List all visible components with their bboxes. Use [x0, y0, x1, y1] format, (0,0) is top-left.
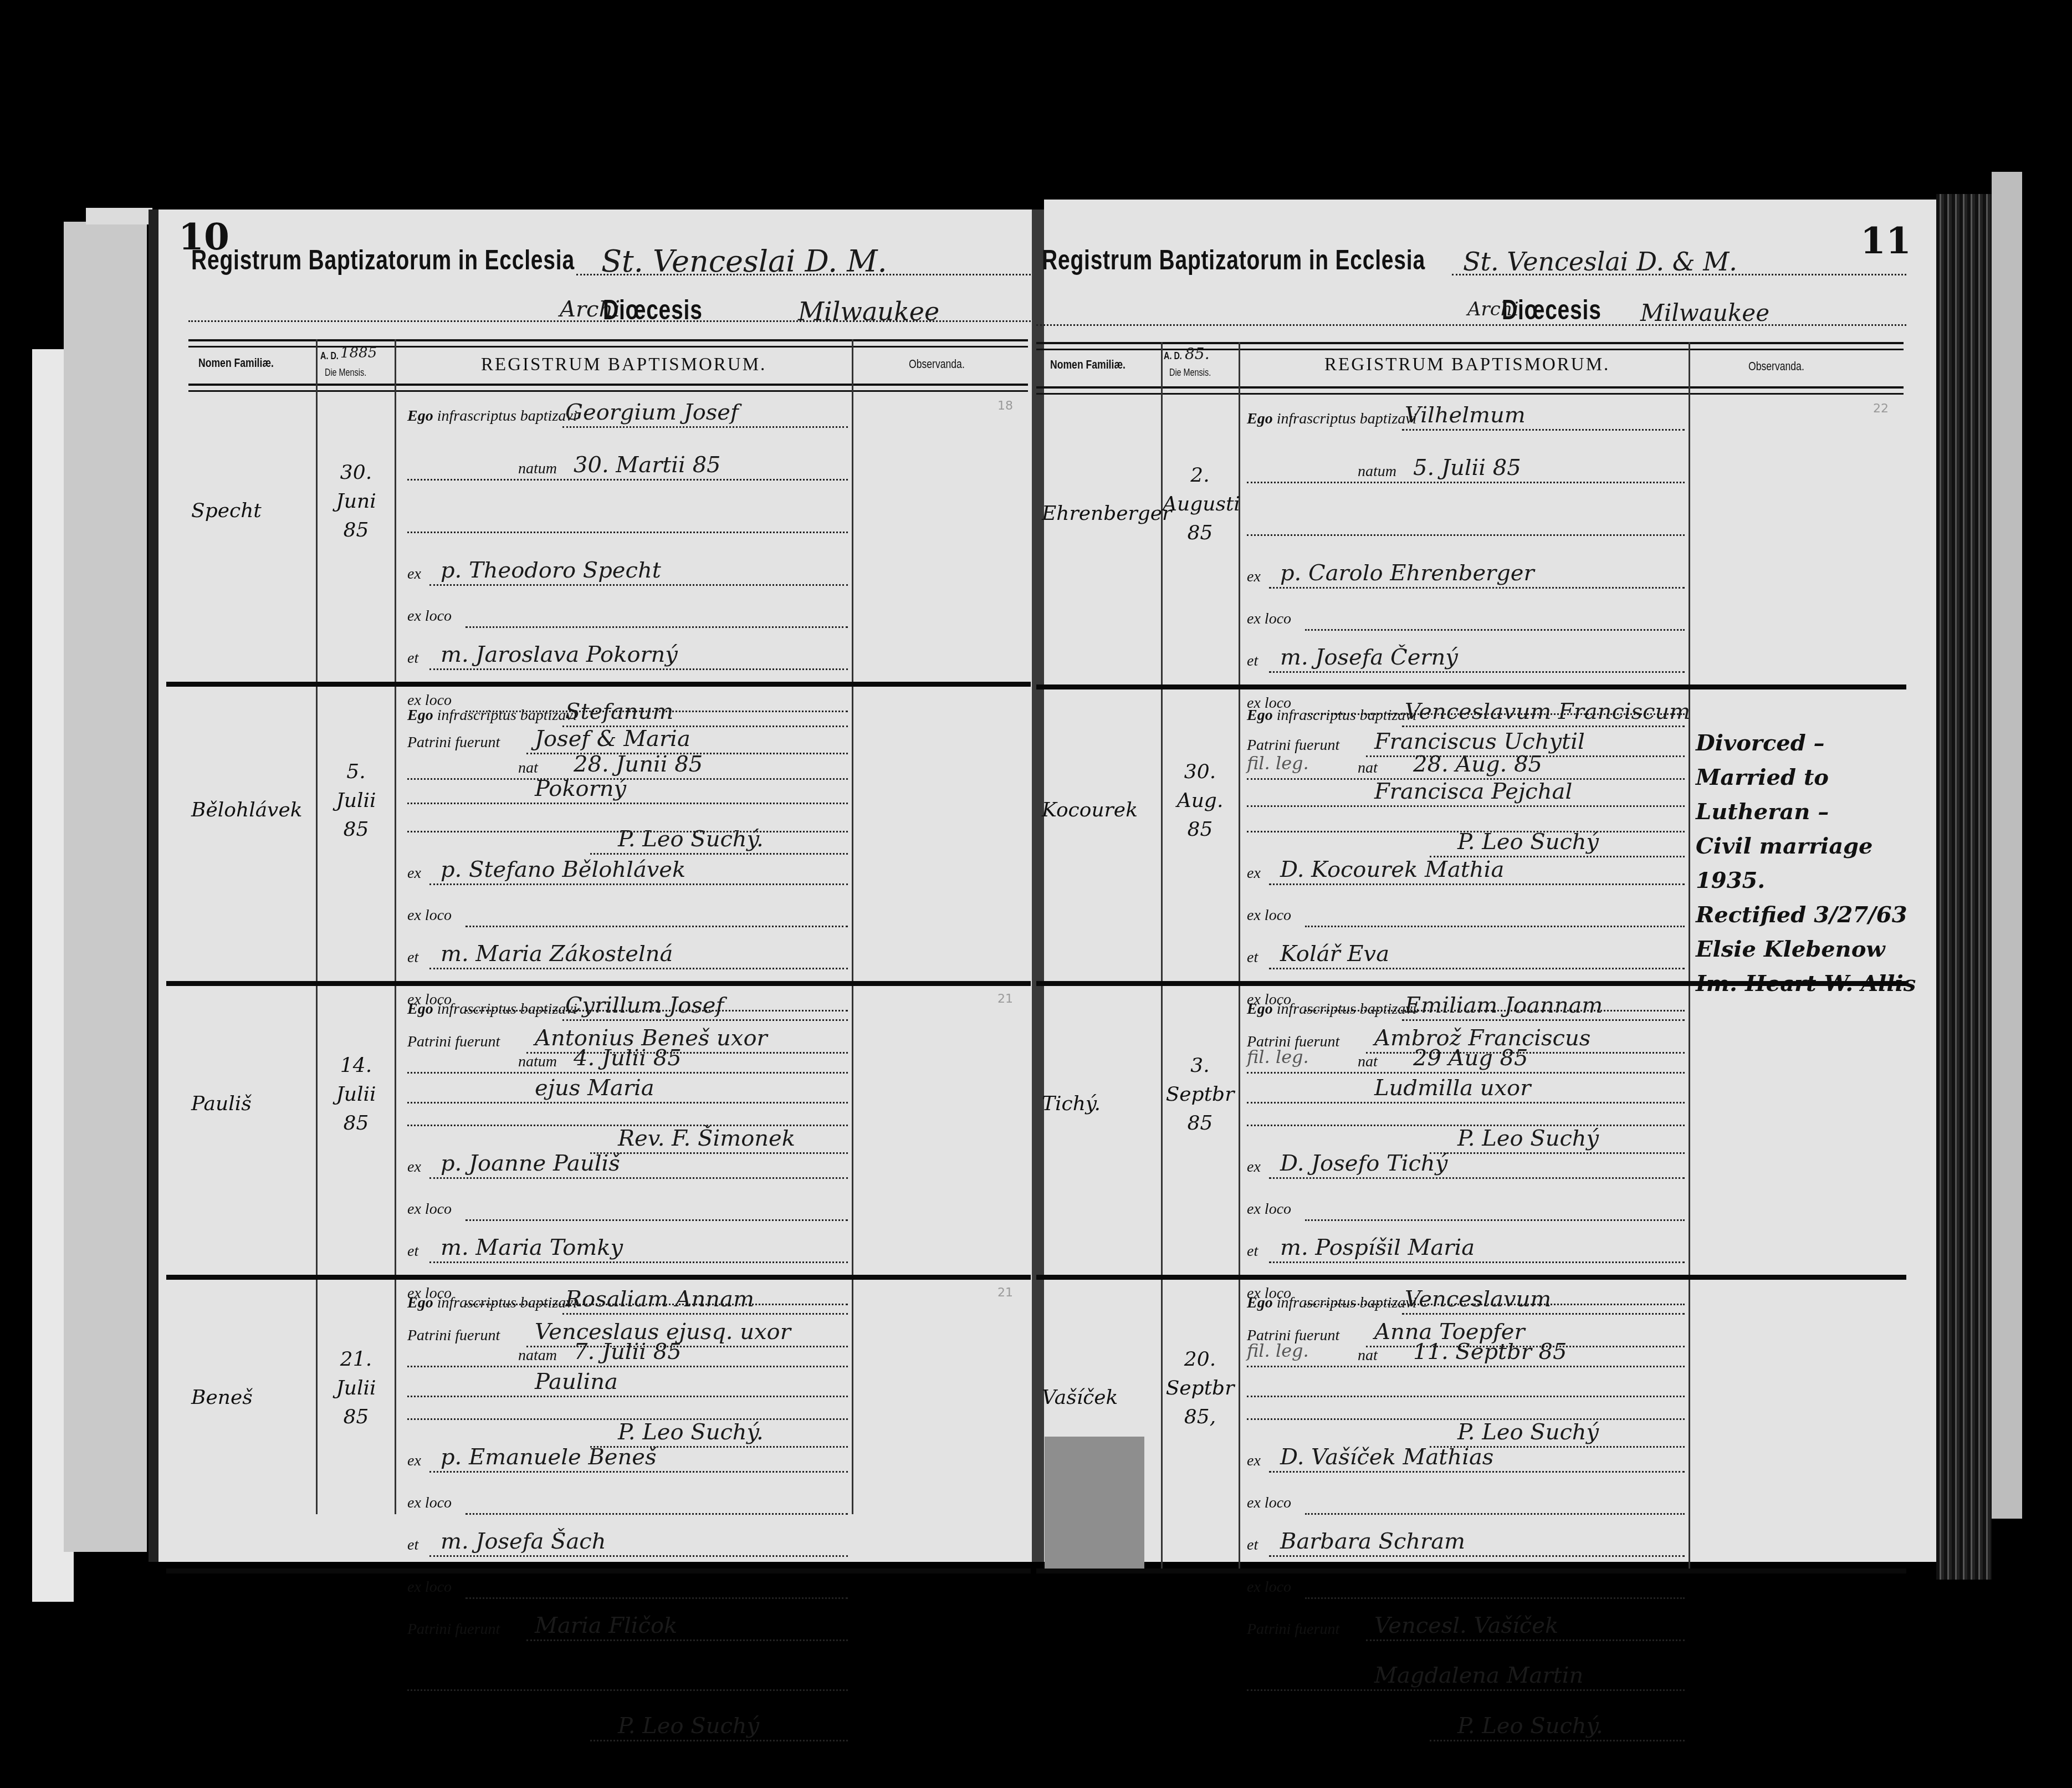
birth-date: 30. Martii 85: [574, 452, 721, 478]
label-ex-loco: ex loco: [407, 1200, 452, 1218]
label-ex-loco: ex loco: [1247, 1494, 1291, 1512]
right-col-divider-3: [1689, 342, 1690, 1570]
dotted-line: [1247, 831, 1685, 832]
family-name: Kocourek: [1042, 799, 1138, 821]
label-ego: Ego: [407, 1000, 433, 1018]
father-name: p. Theodoro Specht: [441, 558, 661, 583]
dotted-line: [1269, 1555, 1685, 1557]
dotted-line: [1269, 1261, 1685, 1263]
legitimacy-note: fil. leg.: [1247, 1046, 1309, 1067]
label-ego: Ego: [407, 1294, 433, 1311]
dotted-line: [429, 1471, 848, 1473]
right-header-top-rule: [1036, 342, 1904, 350]
family-name: Pauliš: [191, 1092, 252, 1115]
right-header-bottom-rule: [1036, 386, 1904, 395]
baptism-date-part: 85: [319, 815, 393, 844]
label-ex-loco: ex loco: [407, 607, 452, 625]
label-infrascriptus: infrascriptus baptizavi: [437, 707, 577, 724]
label-ex: ex: [1247, 1158, 1261, 1176]
label-natum: natam: [518, 1347, 557, 1365]
baptism-date-part: 85: [319, 1109, 393, 1138]
baptism-date: 14.Julii85: [319, 1051, 393, 1138]
label-ego: Ego: [407, 707, 433, 724]
label-ex-loco: ex loco: [407, 1578, 452, 1596]
observanda-line: Civil marriage: [1696, 829, 1916, 864]
legitimacy-note: fil. leg.: [1247, 753, 1309, 774]
priest-signature: P. Leo Suchý: [618, 1713, 759, 1739]
birth-date: 28. Aug. 85: [1413, 752, 1542, 777]
legitimacy-note: fil. leg.: [1247, 1340, 1309, 1361]
baptism-date: 3. Septbr85: [1163, 1051, 1237, 1138]
label-patrini: Patrini fuerunt: [407, 1621, 500, 1638]
baptism-date-part: 14.: [319, 1051, 393, 1080]
right-col-divider-2: [1239, 342, 1240, 1570]
gutter: [1032, 210, 1044, 1562]
label-ex-loco: ex loco: [407, 1494, 452, 1512]
right-header-observanda: Observanda.: [1748, 359, 1804, 374]
baptism-date-part: 20. Septbr: [1163, 1345, 1237, 1403]
entry-separator: [166, 1275, 1031, 1280]
dotted-line: [1247, 1102, 1685, 1104]
dotted-line: [1247, 1072, 1685, 1074]
baptism-date: 5.Julii85: [319, 758, 393, 844]
label-ego: Ego: [1247, 707, 1273, 724]
dotted-line: [1247, 778, 1685, 780]
priest-signature: P. Leo Suchý.: [618, 1419, 764, 1445]
left-header-top-rule: [188, 339, 1028, 348]
mother-name: m. Maria Zákostelná: [441, 941, 673, 967]
label-et: et: [1247, 1536, 1258, 1554]
observanda-line: Lutheran –: [1696, 795, 1916, 829]
dotted-line: [1247, 1366, 1685, 1367]
child-name: Stefanum: [565, 699, 673, 724]
baptism-date-part: Augusti: [1163, 490, 1237, 519]
priest-signature: P. Leo Suchý: [1457, 1419, 1599, 1445]
dotted-line: [590, 853, 848, 855]
right-header-die-mensis: Die Mensis.: [1169, 367, 1211, 379]
priest-signature: Rev. F. Šimonek: [618, 1126, 795, 1151]
entry-separator: [166, 981, 1031, 986]
baptism-date-part: Julii: [319, 1080, 393, 1109]
child-name: Emiliam Joannam: [1405, 993, 1603, 1018]
dotted-line: [1305, 1513, 1685, 1515]
margin-pencil-number: 21: [997, 992, 1013, 1006]
left-church-dotted-line: [576, 274, 1031, 275]
birth-date: 5. Julii 85: [1413, 455, 1521, 481]
entry-separator: [1036, 1569, 1906, 1574]
margin-pencil-number: 21: [997, 1286, 1013, 1300]
label-ego: Ego: [1247, 410, 1273, 427]
label-natum: nat: [1358, 1347, 1378, 1365]
label-ego: Ego: [1247, 1000, 1273, 1018]
baptism-date: 2.Augusti85: [1163, 461, 1237, 548]
dotted-line: [562, 1019, 848, 1021]
observanda-line: 1935.: [1696, 864, 1916, 898]
godparents-line-1: Josef & Maria: [535, 726, 690, 752]
family-name: Vašíček: [1042, 1386, 1118, 1409]
dotted-line: [1247, 805, 1685, 807]
dotted-line: [1430, 1740, 1685, 1741]
observanda-line: Rectified 3/27/63: [1696, 898, 1916, 932]
label-patrini: Patrini fuerunt: [407, 1033, 500, 1051]
baptism-date: 30.Aug.85: [1163, 758, 1237, 844]
label-patrini: Patrini fuerunt: [1247, 737, 1339, 754]
right-page-number: 11: [1860, 219, 1911, 262]
observanda-line: Married to: [1696, 760, 1916, 795]
dotted-line: [429, 883, 848, 885]
baptism-date-part: Aug.: [1163, 786, 1237, 815]
label-ex: ex: [407, 565, 421, 583]
dotted-line: [1305, 1219, 1685, 1221]
dotted-line: [1305, 1597, 1685, 1599]
child-name: Rosaliam Annam: [565, 1286, 754, 1312]
dotted-line: [526, 1639, 848, 1641]
right-church-dotted-line: [1452, 274, 1906, 275]
priest-signature: P. Leo Suchý: [1457, 829, 1599, 855]
dotted-line: [1269, 1177, 1685, 1179]
dotted-line: [1402, 1313, 1685, 1315]
father-name: D. Kocourek Mathia: [1280, 857, 1504, 882]
label-ex: ex: [1247, 568, 1261, 586]
label-ex: ex: [407, 865, 421, 882]
dotted-line: [407, 803, 848, 804]
left-register-title: Registrum Baptizatorum in Ecclesia: [191, 244, 575, 276]
family-name: Bělohlávek: [191, 799, 303, 821]
dotted-line: [429, 1261, 848, 1263]
label-natum: natum: [518, 1053, 557, 1071]
label-ego-baptizavi: Ego infrascriptus baptizavi: [1247, 1294, 1416, 1312]
mother-name: Kolář Eva: [1280, 941, 1389, 967]
birth-date: 28. Junii 85: [574, 752, 703, 777]
label-ex-loco: ex loco: [1247, 907, 1291, 924]
mother-name: m. Josefa Šach: [441, 1529, 606, 1554]
dotted-line: [1247, 482, 1685, 483]
dotted-line: [1402, 726, 1685, 727]
mother-name: m. Maria Tomky: [441, 1235, 623, 1260]
dotted-line: [407, 1418, 848, 1420]
dotted-line: [407, 831, 848, 832]
observanda-line: Divorced –: [1696, 726, 1916, 760]
label-ego-baptizavi: Ego infrascriptus baptizavi: [407, 407, 577, 425]
baptism-date-part: 85: [319, 516, 393, 545]
label-et: et: [1247, 949, 1258, 967]
dotted-line: [407, 1072, 848, 1074]
dotted-line: [562, 426, 848, 428]
father-name: D. Vašíček Mathias: [1280, 1444, 1493, 1470]
dotted-line: [1402, 429, 1685, 431]
child-name: Cyrillum Josef: [565, 993, 724, 1018]
margin-pencil-number: 22: [1873, 402, 1889, 416]
dotted-line: [1269, 671, 1685, 673]
father-name: p. Emanuele Beneš: [441, 1444, 656, 1470]
dotted-line: [1269, 968, 1685, 969]
dotted-line: [407, 532, 848, 533]
baptism-date-part: Juni: [319, 487, 393, 516]
left-col-divider-1: [316, 339, 318, 1514]
dotted-line: [465, 1597, 848, 1599]
observanda-line: Elsie Klebenow: [1696, 932, 1916, 967]
label-infrascriptus: infrascriptus baptizavi: [1277, 707, 1417, 724]
label-infrascriptus: infrascriptus baptizavi: [1277, 410, 1417, 427]
dotted-line: [1247, 1125, 1685, 1126]
label-infrascriptus: infrascriptus baptizavi: [1277, 1000, 1417, 1018]
family-name: Beneš: [191, 1386, 253, 1409]
dotted-line: [1269, 883, 1685, 885]
right-cover-edge: [1992, 172, 2022, 1519]
label-ex-loco: ex loco: [1247, 610, 1291, 628]
father-name: D. Josefo Tichý: [1280, 1151, 1447, 1176]
left-col-divider-2: [395, 339, 396, 1514]
right-diocese-name: Milwaukee: [1640, 299, 1769, 326]
priest-signature: P. Leo Suchý.: [1457, 1713, 1603, 1739]
right-church-name: St. Venceslai D. & M.: [1463, 247, 1737, 277]
label-et: et: [407, 1536, 418, 1554]
label-ex: ex: [407, 1452, 421, 1470]
baptism-date-part: 85: [1163, 815, 1237, 844]
dotted-line: [429, 584, 848, 586]
label-natum: nat: [1358, 1053, 1378, 1071]
baptism-date-part: 21.: [319, 1345, 393, 1374]
observanda-note: Divorced –Married toLutheran –Civil marr…: [1696, 726, 1916, 1001]
label-ex-loco: ex loco: [407, 907, 452, 924]
dotted-line: [465, 926, 848, 927]
label-ego-baptizavi: Ego infrascriptus baptizavi: [407, 707, 577, 724]
label-ex: ex: [407, 1158, 421, 1176]
label-et: et: [407, 650, 418, 667]
label-natum: natum: [1358, 463, 1396, 481]
label-et: et: [407, 949, 418, 967]
dotted-line: [407, 778, 848, 780]
left-header-observanda: Observanda.: [909, 357, 965, 371]
godparents-line-2: Ludmilla uxor: [1374, 1075, 1531, 1101]
child-name: Venceslavum Franciscum: [1405, 699, 1690, 724]
baptism-date-part: Julii: [319, 786, 393, 815]
godparents-line-2: Magdalena Martin: [1374, 1663, 1583, 1688]
godparents-line-2: ejus Maria: [535, 1075, 654, 1101]
underlying-page-stack: [64, 222, 147, 1552]
baptism-date-part: 5.: [319, 758, 393, 786]
label-ego: Ego: [407, 407, 433, 425]
dotted-line: [429, 1177, 848, 1179]
dotted-line: [1305, 926, 1685, 927]
left-header-ad: A. D.: [320, 350, 339, 362]
entry-separator: [166, 1569, 1031, 1574]
label-patrini: Patrini fuerunt: [407, 734, 500, 752]
right-header-year: 85.: [1185, 345, 1210, 363]
dotted-line: [465, 1219, 848, 1221]
priest-signature: P. Leo Suchý.: [618, 826, 764, 852]
label-ego-baptizavi: Ego infrascriptus baptizavi: [1247, 707, 1416, 724]
baptism-date-part: 30.: [319, 458, 393, 487]
birth-date: 11. Septbr 85: [1413, 1339, 1567, 1365]
dotted-line: [1402, 1019, 1685, 1021]
label-ego-baptizavi: Ego infrascriptus baptizavi: [1247, 410, 1416, 428]
baptism-date-part: 85,: [1163, 1403, 1237, 1432]
right-header-register: REGISTRUM BAPTISMORUM.: [1324, 355, 1610, 375]
label-et: et: [1247, 652, 1258, 670]
label-ex: ex: [1247, 865, 1261, 882]
family-name: Tichý.: [1042, 1092, 1101, 1115]
label-natum: nat: [1358, 759, 1378, 777]
baptism-date-part: 2.: [1163, 461, 1237, 490]
margin-pencil-number: 18: [997, 399, 1013, 413]
birth-date: 29 Aug 85: [1413, 1045, 1528, 1071]
left-header-bottom-rule: [188, 384, 1028, 392]
dotted-line: [407, 479, 848, 481]
label-ego-baptizavi: Ego infrascriptus baptizavi: [407, 1294, 577, 1312]
baptism-date-part: 85: [1163, 519, 1237, 548]
left-header-family: Nomen Familiæ.: [198, 356, 274, 370]
left-header-die-mensis: Die Mensis.: [325, 367, 366, 379]
dotted-line: [1247, 1689, 1685, 1691]
dotted-line: [429, 1555, 848, 1557]
dotted-line: [465, 626, 848, 628]
dotted-line: [562, 1313, 848, 1315]
father-name: p. Joanne Pauliš: [441, 1151, 620, 1176]
baptism-date: 21.Julii85: [319, 1345, 393, 1432]
dotted-line: [407, 1396, 848, 1397]
father-name: p. Stefano Bělohlávek: [441, 857, 685, 882]
dotted-line: [562, 726, 848, 727]
dotted-line: [1305, 629, 1685, 631]
label-infrascriptus: infrascriptus baptizavi: [1277, 1294, 1417, 1311]
label-ego-baptizavi: Ego infrascriptus baptizavi: [1247, 1000, 1416, 1018]
godparents-line-2: Pokorný: [535, 776, 626, 801]
label-ego: Ego: [1247, 1294, 1273, 1311]
dotted-line: [1247, 534, 1685, 536]
dotted-line: [590, 1740, 848, 1741]
dotted-line: [1247, 1396, 1685, 1397]
label-ex-loco: ex loco: [1247, 1578, 1291, 1596]
father-name: p. Carolo Ehrenberger: [1280, 560, 1534, 586]
label-et: et: [407, 1243, 418, 1260]
label-patrini: Patrini fuerunt: [407, 1327, 500, 1345]
dotted-line: [1247, 1418, 1685, 1420]
baptism-date-part: 85: [1163, 1109, 1237, 1138]
mother-name: m. Josefa Černý: [1280, 645, 1458, 670]
label-infrascriptus: infrascriptus baptizavi: [437, 1294, 577, 1311]
left-header-register: REGISTRUM BAPTISMORUM.: [481, 355, 766, 375]
dotted-line: [407, 1125, 848, 1126]
label-infrascriptus: infrascriptus baptizavi: [437, 1000, 577, 1018]
dotted-line: [429, 968, 848, 969]
label-ego-baptizavi: Ego infrascriptus baptizavi: [407, 1000, 577, 1018]
baptism-date-part: Julii: [319, 1374, 393, 1403]
mother-name: m. Pospíšil Maria: [1280, 1235, 1475, 1260]
dotted-line: [1430, 1152, 1685, 1154]
godparents-line-1: Maria Fličok: [535, 1613, 677, 1638]
dotted-line: [407, 1366, 848, 1367]
baptism-date: 20. Septbr85,: [1163, 1345, 1237, 1432]
label-natum: natum: [518, 460, 557, 478]
entry-separator: [1036, 1275, 1906, 1280]
baptism-date-part: 85: [319, 1403, 393, 1432]
dotted-line: [407, 1102, 848, 1104]
dotted-line: [1269, 587, 1685, 589]
left-page-binding-edge: [149, 210, 158, 1562]
label-natum: nat: [518, 759, 538, 777]
birth-date: 7. Julii 85: [574, 1339, 682, 1365]
right-header-ad: A. D.: [1164, 350, 1182, 362]
child-name: Venceslavum: [1405, 1286, 1551, 1312]
godparents-line-2: Paulina: [535, 1369, 618, 1394]
dotted-line: [407, 1689, 848, 1691]
entry-separator: [1036, 981, 1906, 986]
family-name: Specht: [191, 499, 262, 522]
left-header-year: 1885: [340, 345, 377, 361]
dotted-line: [1269, 1471, 1685, 1473]
dotted-line: [465, 1513, 848, 1515]
baptism-date-part: 30.: [1163, 758, 1237, 786]
child-name: Georgium Josef: [565, 400, 739, 425]
left-diocese-dotted-line: [188, 320, 1031, 322]
underlying-page-edge: [86, 208, 152, 224]
baptism-date: 30.Juni85: [319, 458, 393, 545]
left-col-divider-3: [852, 339, 853, 1514]
right-register-title: Registrum Baptizatorum in Ecclesia: [1042, 244, 1425, 276]
family-name: Ehrenberger: [1042, 502, 1171, 525]
label-infrascriptus: infrascriptus baptizavi: [437, 407, 577, 425]
entry-separator: [1036, 684, 1906, 689]
right-header-family: Nomen Familiæ.: [1050, 357, 1125, 372]
godparents-line-1: Vencesl. Vašíček: [1374, 1613, 1558, 1638]
baptism-date-part: 3. Septbr: [1163, 1051, 1237, 1109]
redacted-block: [1045, 1437, 1144, 1569]
label-et: et: [1247, 1243, 1258, 1260]
mother-name: m. Jaroslava Pokorný: [441, 642, 678, 667]
child-name: Vilhelmum: [1405, 402, 1526, 428]
birth-date: 4. Julii 85: [574, 1045, 682, 1071]
mother-name: Barbara Schram: [1280, 1529, 1465, 1554]
dotted-line: [590, 1152, 848, 1154]
page-edges-stack: [1936, 194, 1992, 1580]
entry-separator: [166, 682, 1031, 687]
godparents-line-1: Franciscus Uchytil: [1374, 729, 1585, 754]
label-patrini: Patrini fuerunt: [1247, 1621, 1339, 1638]
right-diocese-label: Diœcesis: [1502, 294, 1602, 326]
priest-signature: P. Leo Suchý: [1457, 1126, 1599, 1151]
right-diocese-dotted-line: [1036, 324, 1906, 326]
dotted-line: [1366, 1639, 1685, 1641]
label-ex-loco: ex loco: [1247, 1200, 1291, 1218]
godparents-line-2: Francisca Pejchal: [1374, 779, 1572, 804]
dotted-line: [429, 668, 848, 670]
label-ex: ex: [1247, 1452, 1261, 1470]
